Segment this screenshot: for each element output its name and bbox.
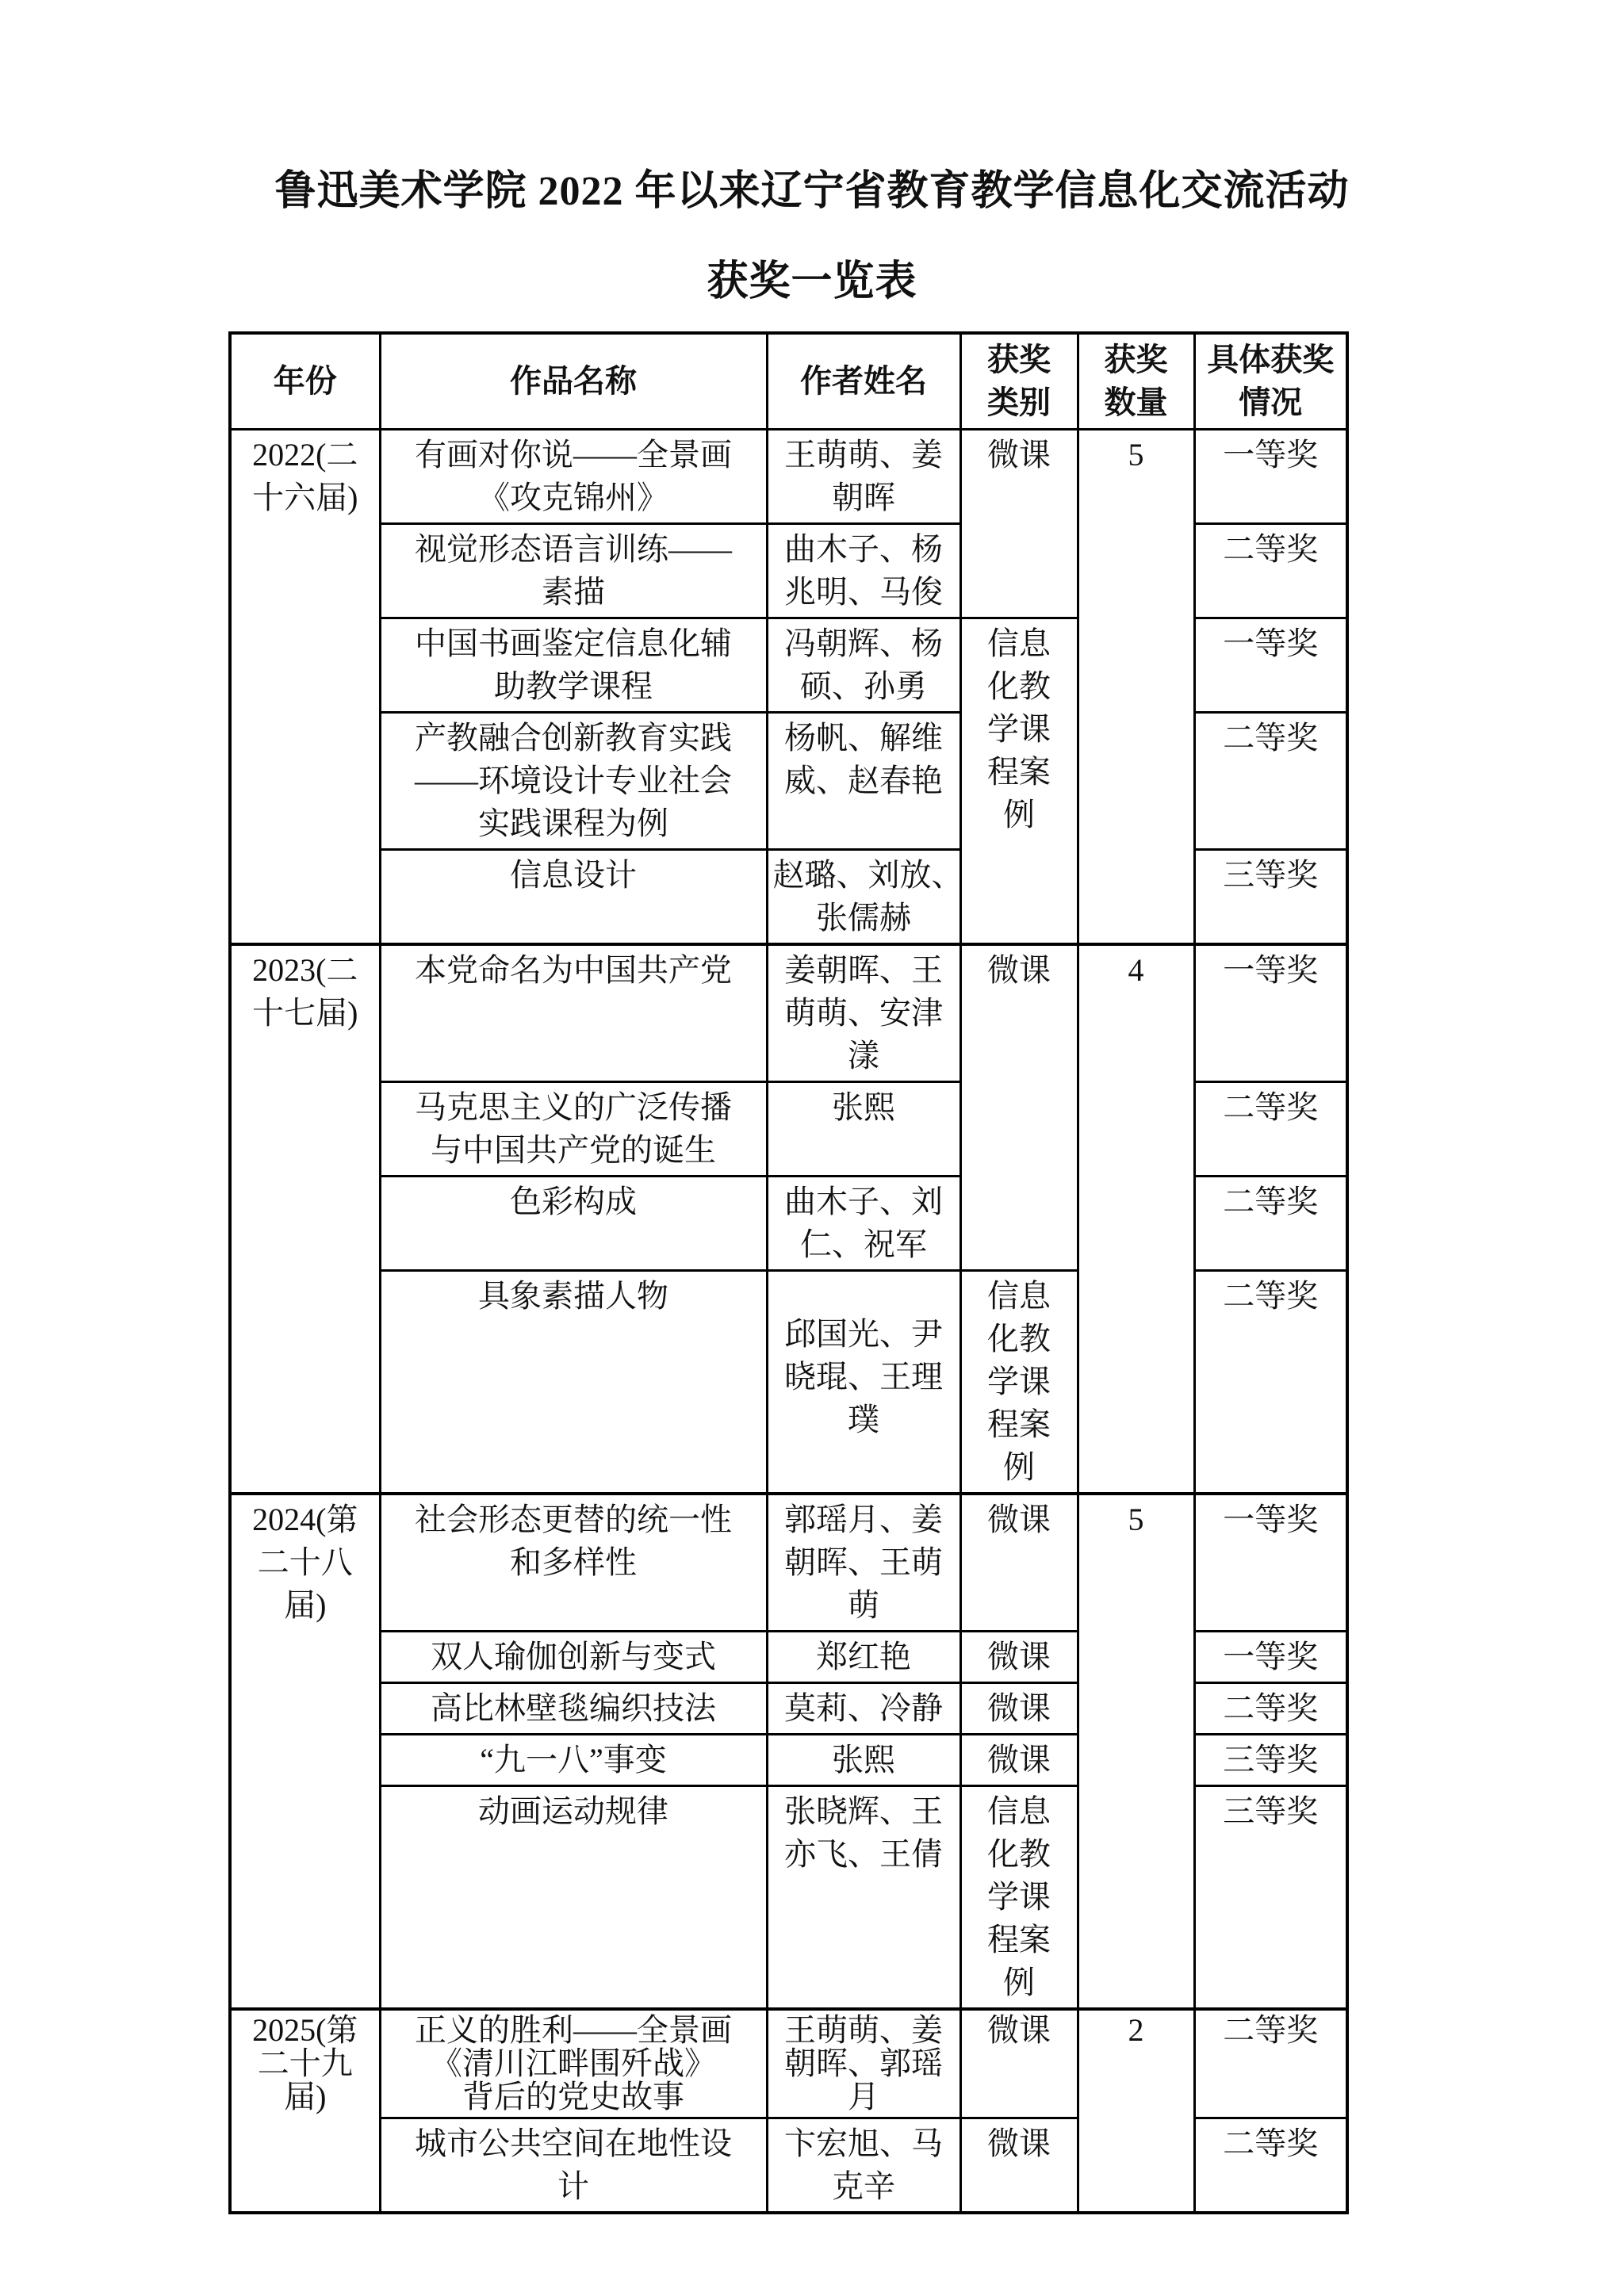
- cell-work: 中国书画鉴定信息化辅 助教学课程: [380, 618, 767, 712]
- header-row: 年份 作品名称 作者姓名 获奖 类别 获奖 数量 具体获奖 情况: [230, 333, 1347, 430]
- cell-authors: 张熙: [767, 1734, 960, 1785]
- awards-table-header: 年份 作品名称 作者姓名 获奖 类别 获奖 数量 具体获奖 情况: [230, 333, 1347, 430]
- cell-work: 本党命名为中国共产党: [380, 944, 767, 1082]
- cell-work: 高比林壁毯编织技法: [380, 1682, 767, 1734]
- document-page: 鲁迅美术学院 2022 年以来辽宁省教育教学信息化交流活动 获奖一览表 年份 作…: [0, 0, 1624, 2296]
- cell-award: 二等奖: [1194, 1176, 1347, 1270]
- document-title: 鲁迅美术学院 2022 年以来辽宁省教育教学信息化交流活动 获奖一览表: [0, 0, 1624, 306]
- cell-award: 二等奖: [1194, 1081, 1347, 1176]
- cell-award: 二等奖: [1194, 1270, 1347, 1494]
- cell-work: 动画运动规律: [380, 1785, 767, 2009]
- cell-award: 二等奖: [1194, 523, 1347, 618]
- cell-award: 二等奖: [1194, 2009, 1347, 2118]
- cell-category: 信息 化教 学课 程案 例: [960, 1785, 1078, 2009]
- page-title-line-1: 鲁迅美术学院 2022 年以来辽宁省教育教学信息化交流活动: [0, 168, 1624, 216]
- cell-authors: 张熙: [767, 1081, 960, 1176]
- cell-authors: 郑红艳: [767, 1631, 960, 1682]
- cell-category: 微课: [960, 2118, 1078, 2213]
- cell-authors: 卞宏旭、马 克辛: [767, 2118, 960, 2213]
- cell-work: 城市公共空间在地性设 计: [380, 2118, 767, 2213]
- cell-category: 微课: [960, 1494, 1078, 1632]
- cell-award: 一等奖: [1194, 1494, 1347, 1632]
- cell-category: 微课: [960, 1631, 1078, 1682]
- cell-count: 5: [1078, 1494, 1194, 2009]
- cell-category: 信息 化教 学课 程案 例: [960, 1270, 1078, 1494]
- cell-award: 一等奖: [1194, 618, 1347, 712]
- page-title-line-2: 获奖一览表: [0, 258, 1624, 306]
- awards-table: 年份 作品名称 作者姓名 获奖 类别 获奖 数量 具体获奖 情况 2022(二 …: [228, 331, 1349, 2214]
- cell-authors: 曲木子、刘 仁、祝军: [767, 1176, 960, 1270]
- cell-authors: 姜朝晖、王 萌萌、安津 漾: [767, 944, 960, 1082]
- awards-table-body: 2022(二 十六届)有画对你说——全景画 《攻克锦州》王萌萌、姜 朝晖微课5一…: [230, 429, 1347, 2213]
- cell-authors: 邱国光、尹 晓琨、王理 璞: [767, 1270, 960, 1494]
- cell-count: 5: [1078, 429, 1194, 944]
- cell-authors: 曲木子、杨 兆明、马俊: [767, 523, 960, 618]
- cell-work: 色彩构成: [380, 1176, 767, 1270]
- cell-award: 三等奖: [1194, 1734, 1347, 1785]
- cell-count: 4: [1078, 944, 1194, 1494]
- cell-work: 产教融合创新教育实践 ——环境设计专业社会 实践课程为例: [380, 712, 767, 849]
- cell-authors: 莫莉、冷静: [767, 1682, 960, 1734]
- cell-category: 微课: [960, 1682, 1078, 1734]
- cell-authors: 张晓辉、王 亦飞、王倩: [767, 1785, 960, 2009]
- cell-work: “九一八”事变: [380, 1734, 767, 1785]
- table-row: 2023(二 十七届)本党命名为中国共产党姜朝晖、王 萌萌、安津 漾微课4一等奖: [230, 944, 1347, 1082]
- cell-award: 二等奖: [1194, 2118, 1347, 2213]
- cell-category: 微课: [960, 429, 1078, 618]
- cell-authors: 赵璐、刘放、 张儒赫: [767, 849, 960, 944]
- cell-work: 信息设计: [380, 849, 767, 944]
- cell-work: 正义的胜利——全景画 《清川江畔围歼战》 背后的党史故事: [380, 2009, 767, 2118]
- header-authors: 作者姓名: [767, 333, 960, 430]
- cell-work: 双人瑜伽创新与变式: [380, 1631, 767, 1682]
- cell-award: 三等奖: [1194, 849, 1347, 944]
- cell-year: 2022(二 十六届): [230, 429, 380, 944]
- cell-award: 二等奖: [1194, 1682, 1347, 1734]
- cell-authors: 王萌萌、姜 朝晖、郭瑶 月: [767, 2009, 960, 2118]
- cell-work: 具象素描人物: [380, 1270, 767, 1494]
- table-row: 2022(二 十六届)有画对你说——全景画 《攻克锦州》王萌萌、姜 朝晖微课5一…: [230, 429, 1347, 523]
- cell-work: 社会形态更替的统一性 和多样性: [380, 1494, 767, 1632]
- header-count: 获奖 数量: [1078, 333, 1194, 430]
- cell-category: 微课: [960, 2009, 1078, 2118]
- cell-work: 有画对你说——全景画 《攻克锦州》: [380, 429, 767, 523]
- cell-authors: 冯朝辉、杨 硕、孙勇: [767, 618, 960, 712]
- cell-work: 马克思主义的广泛传播 与中国共产党的诞生: [380, 1081, 767, 1176]
- cell-authors: 郭瑶月、姜 朝晖、王萌 萌: [767, 1494, 960, 1632]
- header-work: 作品名称: [380, 333, 767, 430]
- cell-authors: 杨帆、解维 威、赵春艳: [767, 712, 960, 849]
- header-year: 年份: [230, 333, 380, 430]
- cell-award: 一等奖: [1194, 1631, 1347, 1682]
- cell-award: 一等奖: [1194, 429, 1347, 523]
- cell-category: 微课: [960, 1734, 1078, 1785]
- cell-award: 三等奖: [1194, 1785, 1347, 2009]
- table-row: 2024(第 二十八 届)社会形态更替的统一性 和多样性郭瑶月、姜 朝晖、王萌 …: [230, 1494, 1347, 1632]
- cell-category: 信息 化教 学课 程案 例: [960, 618, 1078, 944]
- header-award: 具体获奖 情况: [1194, 333, 1347, 430]
- cell-year: 2023(二 十七届): [230, 944, 380, 1494]
- cell-work: 视觉形态语言训练—— 素描: [380, 523, 767, 618]
- cell-count: 2: [1078, 2009, 1194, 2213]
- header-category: 获奖 类别: [960, 333, 1078, 430]
- cell-year: 2025(第 二十九 届): [230, 2009, 380, 2213]
- cell-category: 微课: [960, 944, 1078, 1271]
- cell-award: 一等奖: [1194, 944, 1347, 1082]
- cell-award: 二等奖: [1194, 712, 1347, 849]
- cell-year: 2024(第 二十八 届): [230, 1494, 380, 2009]
- table-row: 2025(第 二十九 届)正义的胜利——全景画 《清川江畔围歼战》 背后的党史故…: [230, 2009, 1347, 2118]
- cell-authors: 王萌萌、姜 朝晖: [767, 429, 960, 523]
